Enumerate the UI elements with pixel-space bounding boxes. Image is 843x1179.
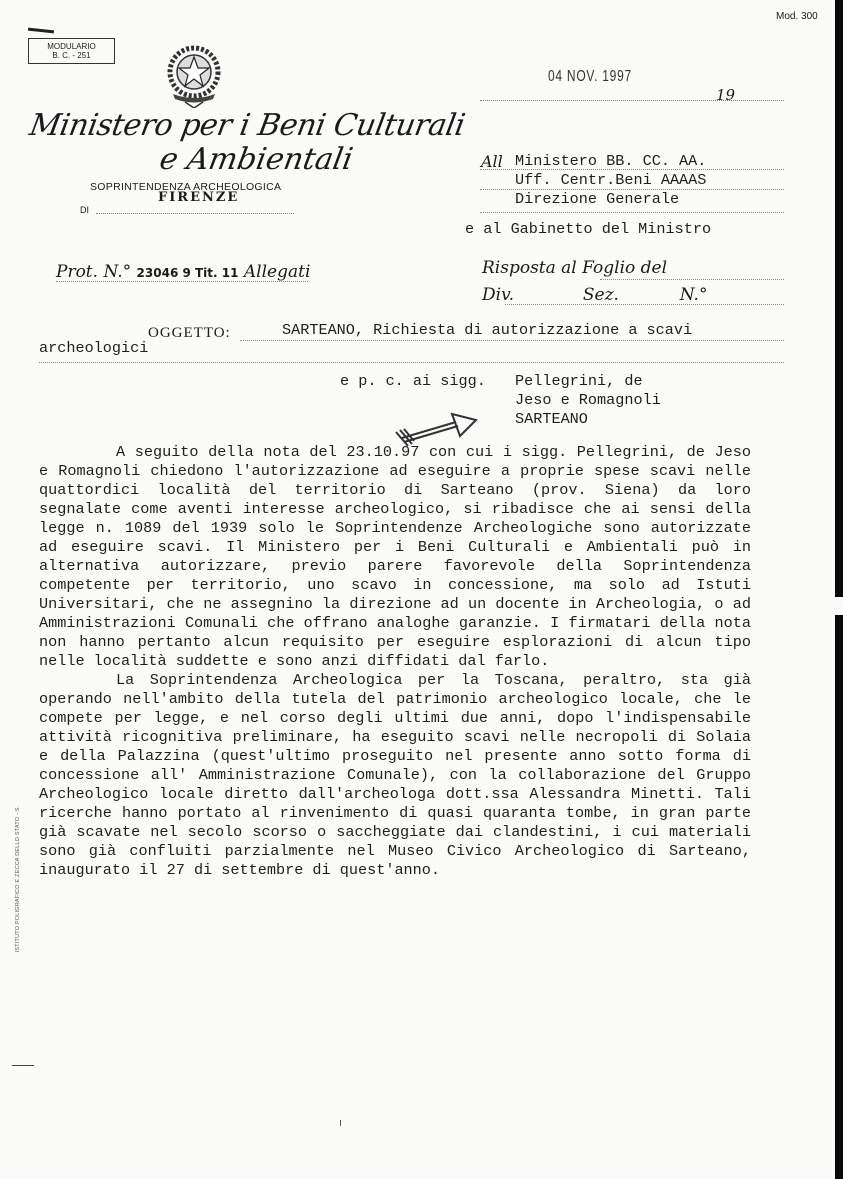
italian-republic-emblem-icon — [163, 42, 225, 108]
scan-edge-bar — [835, 0, 843, 597]
recipient-dotted-line — [480, 189, 784, 190]
subject-text-continued: archeologici — [39, 339, 148, 358]
n-label: N.° — [680, 285, 708, 305]
risposta-dotted-line — [600, 279, 784, 280]
di-dotted-line — [96, 213, 294, 214]
cc-prefix: e p. c. ai sigg. — [340, 372, 486, 391]
di-label: DI — [80, 205, 89, 215]
cc-line: SARTEANO — [515, 410, 661, 429]
modulario-label: MODULARIO — [29, 42, 114, 51]
div-dotted-line — [505, 304, 784, 305]
date-stamp: 04 NOV. 1997 — [548, 68, 632, 86]
risposta-label: Risposta al Foglio del — [482, 258, 667, 278]
subject-label: OGGETTO: — [148, 325, 231, 342]
protocol-row: Prot. N.° 23046 9 Tit. 11 Allegati — [56, 262, 310, 282]
date-year-prefix: 19 — [716, 86, 735, 104]
prot-value: 23046 9 Tit. 11 — [137, 266, 239, 280]
cc-line: Jeso e Romagnoli — [515, 391, 661, 410]
printer-imprint: ISTITUTO POLIGRAFICO E ZECCA DELLO STATO… — [15, 799, 21, 959]
recipient-block: Ministero BB. CC. AA. Uff. Centr.Beni AA… — [515, 152, 706, 209]
recipient-dotted-line — [480, 169, 784, 170]
cc-recipients: Pellegrini, de Jeso e Romagnoli SARTEANO — [515, 372, 661, 429]
corner-mark — [28, 28, 54, 34]
div-label: Div. — [482, 285, 514, 305]
ministry-name-line1: Ministero per i Beni Culturali — [27, 108, 467, 143]
letter-body: A seguito della nota del 23.10.97 con cu… — [39, 443, 751, 880]
prot-dotted-line — [56, 281, 308, 282]
subject-dotted-line — [240, 340, 784, 341]
recipient-line: Direzione Generale — [515, 190, 706, 209]
body-paragraph: A seguito della nota del 23.10.97 con cu… — [39, 443, 751, 671]
sez-label: Sez. — [583, 285, 619, 305]
recipient-dotted-line — [480, 212, 784, 213]
modulario-box: MODULARIO B. C. - 251 — [28, 38, 115, 64]
modulario-code: B. C. - 251 — [29, 51, 114, 60]
city-stamp: FIRENZE — [158, 190, 239, 205]
date-dotted-line — [480, 100, 784, 101]
recipient-line: Uff. Centr.Beni AAAAS — [515, 171, 706, 190]
subject-text: SARTEANO, Richiesta di autorizzazione a … — [282, 321, 692, 340]
scan-edge-bar — [835, 615, 843, 1179]
body-paragraph: La Soprintendenza Archeologica per la To… — [39, 671, 751, 880]
cc-line: Pellegrini, de — [515, 372, 661, 391]
scan-speck — [340, 1120, 341, 1126]
fold-mark — [12, 1065, 34, 1066]
allegati-label: Allegati — [244, 262, 311, 282]
subject-dotted-line — [39, 362, 784, 363]
ministry-name-line2: e Ambientali — [157, 142, 356, 177]
cc-cabinet: e al Gabinetto del Ministro — [465, 220, 711, 239]
model-number: Mod. 300 — [776, 11, 818, 22]
div-sez-row: Div. Sez. N.° — [482, 285, 707, 305]
prot-label: Prot. N.° — [56, 262, 131, 282]
